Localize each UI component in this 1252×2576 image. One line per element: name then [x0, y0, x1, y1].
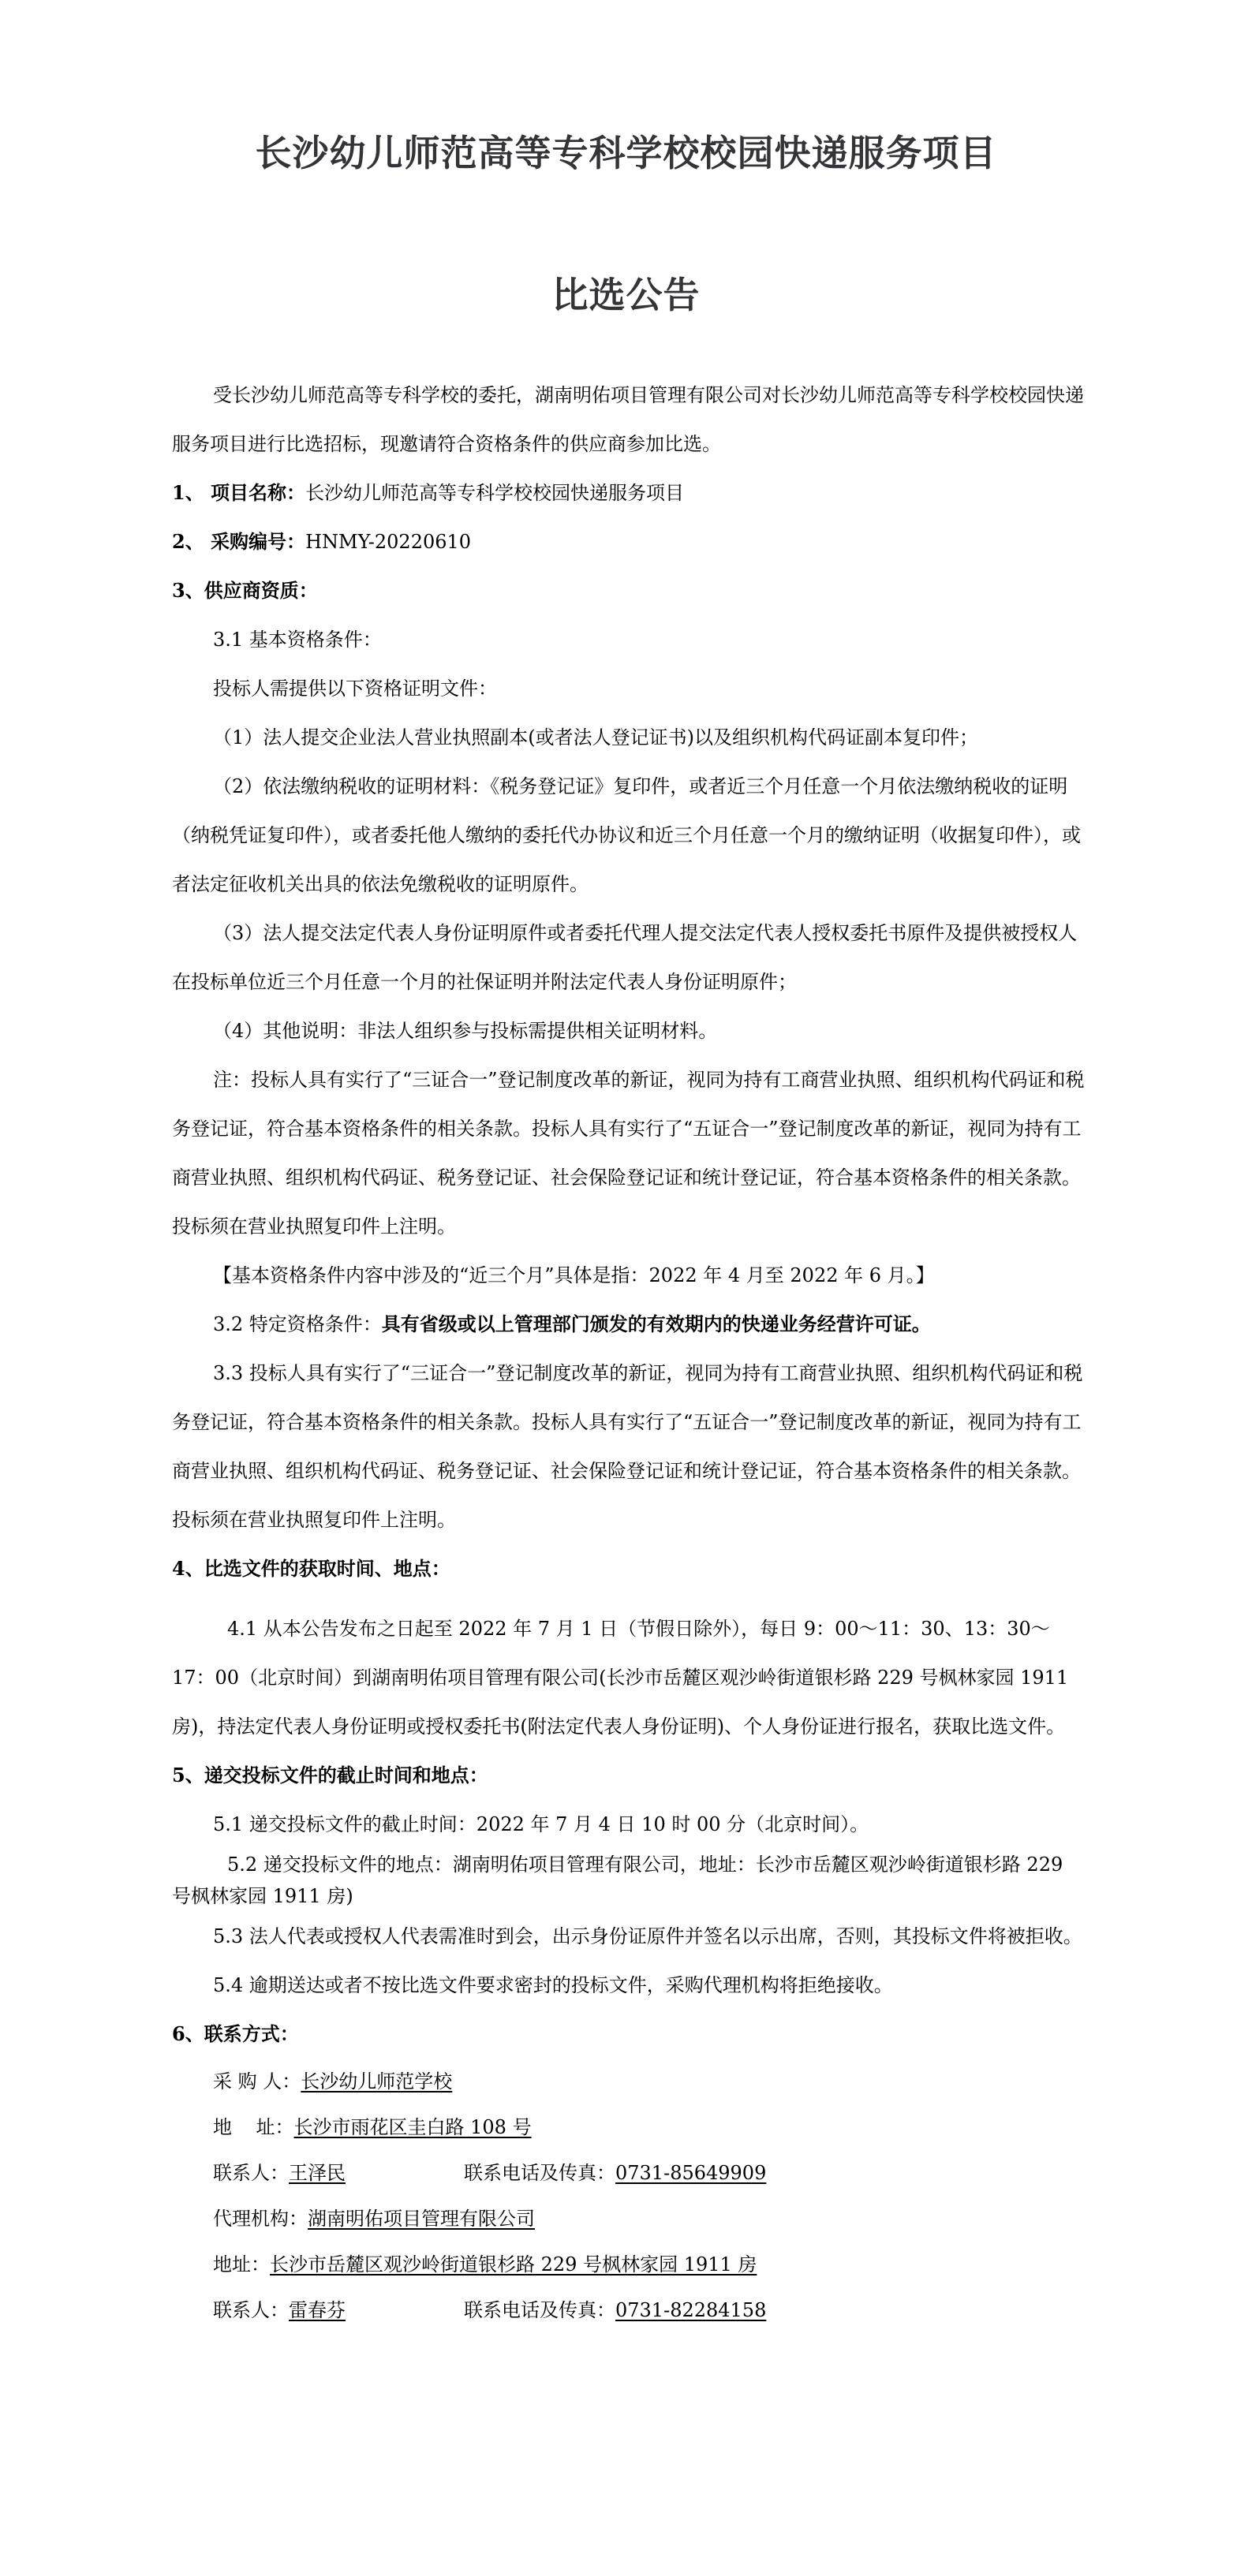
basic-qualification-lead: 投标人需提供以下资格证明文件： [172, 664, 1087, 713]
purchaser-phone-label: 联系电话及传真： [464, 2162, 615, 2184]
purchaser-address-line: 地 址：长沙市雨花区圭白路 108 号 [172, 2104, 1087, 2150]
submission-location: 5.2 递交投标文件的地点：湖南明佑项目管理有限公司，地址：长沙市岳麓区观沙岭街… [172, 1849, 1087, 1912]
late-submission-rule: 5.4 逾期送达或者不按比选文件要求密封的投标文件，采购代理机构将拒绝接收。 [172, 1961, 1087, 2010]
qualification-item-4: （4）其他说明：非法人组织参与投标需提供相关证明材料。 [172, 1006, 1087, 1055]
document-title: 长沙幼儿师范高等专科学校校园快递服务项目 [0, 125, 1252, 177]
purchaser-address-value: 长沙市雨花区圭白路 108 号 [294, 2116, 532, 2138]
qualification-item-3: （3）法人提交法定代表人身份证明原件或者委托代理人提交法定代表人授权委托书原件及… [172, 909, 1087, 1006]
agency-address-value: 长沙市岳麓区观沙岭街道银杉路 229 号枫林家园 1911 房 [270, 2253, 757, 2275]
purchaser-contact-value: 王泽民 [289, 2162, 346, 2184]
document-subtitle: 比选公告 [0, 267, 1252, 319]
section6-heading: 6、联系方式： [172, 2010, 1087, 2059]
section3-heading: 3、供应商资质： [172, 566, 1087, 615]
agency-phone-value: 0731-82284158 [615, 2299, 766, 2321]
qualification-item-2: （2）依法缴纳税收的证明材料：《税务登记证》复印件，或者近三个月任意一个月依法缴… [172, 762, 1087, 909]
project-name-value: 长沙幼儿师范高等专科学校校园快递服务项目 [305, 482, 684, 504]
agency-contact-label: 联系人： [213, 2299, 289, 2321]
qualification-note: 注：投标人具有实行了“三证合一”登记制度改革的新证，视同为持有工商营业执照、组织… [172, 1055, 1087, 1251]
basic-qualification-heading: 3.1 基本资格条件： [172, 615, 1087, 664]
project-name-line: 1、 项目名称：长沙幼儿师范高等专科学校校园快递服务项目 [172, 469, 1087, 517]
submission-deadline: 5.1 递交投标文件的截止时间：2022 年 7 月 4 日 10 时 00 分… [172, 1800, 1087, 1849]
purchaser-phone-value: 0731-85649909 [615, 2162, 766, 2184]
purchaser-contact-label: 联系人： [213, 2162, 289, 2184]
qualification-item-1: （1）法人提交企业法人营业执照副本(或者法人登记证书)以及组织机构代码证副本复印… [172, 713, 1087, 762]
procurement-number-line: 2、 采购编号：HNMY-20220610 [172, 517, 1087, 566]
agency-line: 代理机构：湖南明佑项目管理有限公司 [172, 2196, 1087, 2242]
agency-value: 湖南明佑项目管理有限公司 [308, 2208, 535, 2230]
period-note: 【基本资格条件内容中涉及的“近三个月”具体是指：2022 年 4 月至 2022… [172, 1251, 1087, 1300]
section4-heading: 4、比选文件的获取时间、地点： [172, 1544, 1087, 1593]
procurement-number-label: 2、 采购编号： [172, 530, 305, 553]
special-qualification: 3.2 特定资格条件：具有省级或以上管理部门颁发的有效期内的快递业务经营许可证。 [172, 1300, 1087, 1349]
agency-address-line: 地址：长沙市岳麓区观沙岭街道银杉路 229 号枫林家园 1911 房 [172, 2242, 1087, 2287]
procurement-number-value: HNMY-20220610 [305, 531, 471, 553]
agency-contact-line: 联系人：雷春芬联系电话及传真：0731-82284158 [172, 2287, 1087, 2333]
section5-heading: 5、递交投标文件的截止时间和地点： [172, 1751, 1087, 1800]
intro-paragraph: 受长沙幼儿师范高等专科学校的委托，湖南明佑项目管理有限公司对长沙幼儿师范高等专科… [172, 371, 1087, 469]
agency-contact-value: 雷春芬 [289, 2299, 346, 2321]
project-name-label: 1、 项目名称： [172, 481, 305, 504]
announcement-body: 受长沙幼儿师范高等专科学校的委托，湖南明佑项目管理有限公司对长沙幼儿师范高等专科… [172, 371, 1087, 2333]
purchaser-address-label: 地 址： [213, 2116, 294, 2138]
agency-address-label: 地址： [213, 2253, 270, 2275]
purchaser-line: 采 购 人：长沙幼儿师范学校 [172, 2059, 1087, 2104]
purchaser-value: 长沙幼儿师范学校 [301, 2070, 452, 2093]
purchaser-contact-line: 联系人：王泽民联系电话及传真：0731-85649909 [172, 2150, 1087, 2196]
attendance-requirement: 5.3 法人代表或授权人代表需准时到会，出示身份证原件并签名以示出席，否则，其投… [172, 1912, 1087, 1961]
purchaser-label: 采 购 人： [213, 2070, 301, 2093]
special-qualification-value: 具有省级或以上管理部门颁发的有效期内的快递业务经营许可证。 [382, 1312, 931, 1335]
agency-phone-label: 联系电话及传真： [464, 2299, 615, 2321]
agency-label: 代理机构： [213, 2208, 308, 2230]
qualification-33: 3.3 投标人具有实行了“三证合一”登记制度改革的新证，视同为持有工商营业执照、… [172, 1349, 1087, 1544]
document-acquisition-detail: 4.1 从本公告发布之日起至 2022 年 7 月 1 日（节假日除外），每日 … [172, 1604, 1087, 1751]
special-qualification-label: 3.2 特定资格条件： [213, 1313, 382, 1335]
